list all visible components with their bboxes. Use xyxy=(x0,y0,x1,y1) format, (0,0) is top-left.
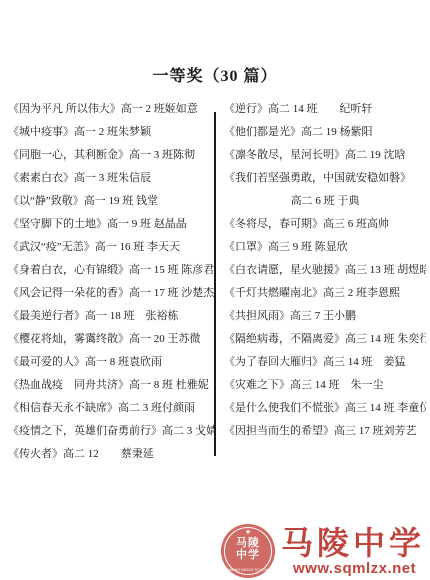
award-entry: 《逆行》高二 14 班 纪听轩 xyxy=(224,98,426,121)
award-entry: 《冬将尽，春可期》高三 6 班高帅 xyxy=(224,213,426,236)
award-entry: 《隔绝病毒，不隔离爱》高三 14 班 朱奕行 xyxy=(224,328,426,351)
column-divider xyxy=(214,112,216,456)
award-entry: 《他们都是光》高二 19 杨紫阳 xyxy=(224,121,426,144)
school-name: 马陵中学 xyxy=(281,526,425,560)
award-entry: 《千灯共燃曜南北》高三 2 班李恩熙 xyxy=(224,282,426,305)
award-column-right: 《逆行》高二 14 班 纪听轩《他们都是光》高二 19 杨紫阳《凛冬散尽，星河长… xyxy=(224,98,426,443)
award-entry: 《素素白衣》高一 3 班朱信辰 xyxy=(8,167,214,190)
award-entry: 《疫情之下，英雄们奋勇前行》高二 3 戈婧 xyxy=(8,420,214,443)
award-entry: 《共担风雨》高三 7 王小鹏 xyxy=(224,305,426,328)
award-entry: 《因担当而生的希望》高三 17 班刘芳艺 xyxy=(224,420,426,443)
school-seal-icon: ★ 马陵 中学 MALING MIDDLE SCHOOL xyxy=(221,524,275,578)
page-title: 一等奖（30 篇） xyxy=(0,63,430,86)
award-entry: 《樱花将灿，雾霭终散》高一 20 王苏微 xyxy=(8,328,214,351)
award-entry: 《最美逆行者》高一 18 班 张裕栋 xyxy=(8,305,214,328)
star-icon: ★ xyxy=(221,528,275,536)
award-entry: 《为了春回大雁归》高三 14 班 姜猛 xyxy=(224,351,426,374)
award-entry: 《风会记得一朵花的香》高一 17 班 沙楚杰 xyxy=(8,282,214,305)
award-entry: 《凛冬散尽，星河长明》高二 19 沈晗 xyxy=(224,144,426,167)
award-entry: 《口罩》高三 9 班 陈显欣 xyxy=(224,236,426,259)
seal-characters-line1: 马陵 xyxy=(221,537,275,549)
award-entry: 《我们若坚强勇敢，中国就安稳如磐》 xyxy=(224,167,426,190)
seal-characters-line2: 中学 xyxy=(221,549,275,561)
award-entry: 《白衣请愿，星火驰援》高三 13 班 胡煜晗 xyxy=(224,259,426,282)
award-entry: 《同胞一心，其利断金》高一 3 班陈彻 xyxy=(8,144,214,167)
award-entry: 《相信春天永不缺席》高二 3 班付颜雨 xyxy=(8,397,214,420)
logo-text: 马陵中学 www.sqmlzx.net xyxy=(281,526,425,577)
award-column-left: 《因为平凡 所以伟大》高一 2 班姬如意《城中疫事》高一 2 班朱梦颖《同胞一心… xyxy=(8,98,214,466)
award-entry: 《热血战疫 同舟共济》高一 8 班 杜雅妮 xyxy=(8,374,214,397)
award-entry: 《坚守脚下的土地》高一 9 班 赵晶晶 xyxy=(8,213,214,236)
award-entry: 《因为平凡 所以伟大》高一 2 班姬如意 xyxy=(8,98,214,121)
award-entry: 《城中疫事》高一 2 班朱梦颖 xyxy=(8,121,214,144)
award-entry: 《以“静”致敬》高一 19 班 钱堂 xyxy=(8,190,214,213)
award-entry: 《最可爱的人》高一 8 班袁欣雨 xyxy=(8,351,214,374)
seal-ring-text: MALING MIDDLE SCHOOL xyxy=(225,568,271,571)
award-entry: 《灾难之下》高三 14 班 朱一尘 xyxy=(224,374,426,397)
school-logo: ★ 马陵 中学 MALING MIDDLE SCHOOL 马陵中学 www.sq… xyxy=(221,524,425,578)
award-entry: 《是什么使我们不慌张》高三 14 班 李童仪 xyxy=(224,397,426,420)
award-entry: 高二 6 班 于典 xyxy=(224,190,426,213)
award-entry: 《武汉“疫”无恙》高一 16 班 李天天 xyxy=(8,236,214,259)
document-page: 一等奖（30 篇） 《因为平凡 所以伟大》高一 2 班姬如意《城中疫事》高一 2… xyxy=(0,0,430,580)
school-website: www.sqmlzx.net xyxy=(293,560,416,577)
seal-characters: 马陵 中学 xyxy=(221,537,275,561)
award-entry: 《身着白衣，心有锦缎》高一 15 班 陈彦君 xyxy=(8,259,214,282)
award-entry: 《传火者》高二 12 蔡秉延 xyxy=(8,443,214,466)
